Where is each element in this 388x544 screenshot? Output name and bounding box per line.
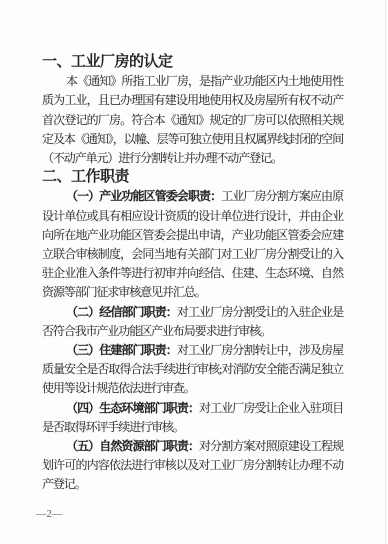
page-number: —2—	[36, 509, 62, 520]
section-1-heading: 一、工业厂房的认定	[42, 53, 343, 72]
duty-item-1-text: 工业厂房分割方案应由原设计单位或具有相应设计资质的设计单位进行设计，并由企业向所…	[42, 189, 343, 299]
duty-item-1: （一）产业功能区管委会职责：工业厂房分割方案应由原设计单位或具有相应设计资质的设…	[42, 187, 343, 302]
duty-item-4-lead: （四）生态环境部门职责：	[66, 401, 199, 415]
duty-item-2: （二）经信部门职责：对工业厂房分割受让的入驻企业是否符合我市产业功能区产业布局要…	[42, 303, 343, 341]
duty-item-5: （五）自然资源部门职责：对分割方案对照原建设工程规划许可的内容依法进行审核以及对…	[42, 437, 343, 495]
document-page: 一、工业厂房的认定 本《通知》所指工业厂房，是指产业功能区内土地使用性质为工业，…	[0, 0, 388, 544]
section-2-heading: 二、工作职责	[42, 168, 343, 187]
document-content: 一、工业厂房的认定 本《通知》所指工业厂房，是指产业功能区内土地使用性质为工业，…	[42, 53, 343, 495]
section-1-paragraph: 本《通知》所指工业厂房，是指产业功能区内土地使用性质为工业，且已办理国有建设用地…	[42, 72, 343, 168]
duty-item-5-lead: （五）自然资源部门职责：	[66, 439, 199, 453]
duty-item-3-lead: （三）住建部门职责：	[66, 343, 177, 357]
duty-item-2-lead: （二）经信部门职责：	[66, 305, 177, 319]
page-edge-line	[385, 0, 387, 544]
duty-item-3: （三）住建部门职责：对工业厂房分割转让中，涉及房屋质量安全是否取得合法手续进行审…	[42, 341, 343, 399]
duty-item-1-lead: （一）产业功能区管委会职责：	[66, 189, 221, 203]
duty-item-4: （四）生态环境部门职责：对工业厂房受让企业入驻项目是否取得环评手续进行审核。	[42, 399, 343, 437]
